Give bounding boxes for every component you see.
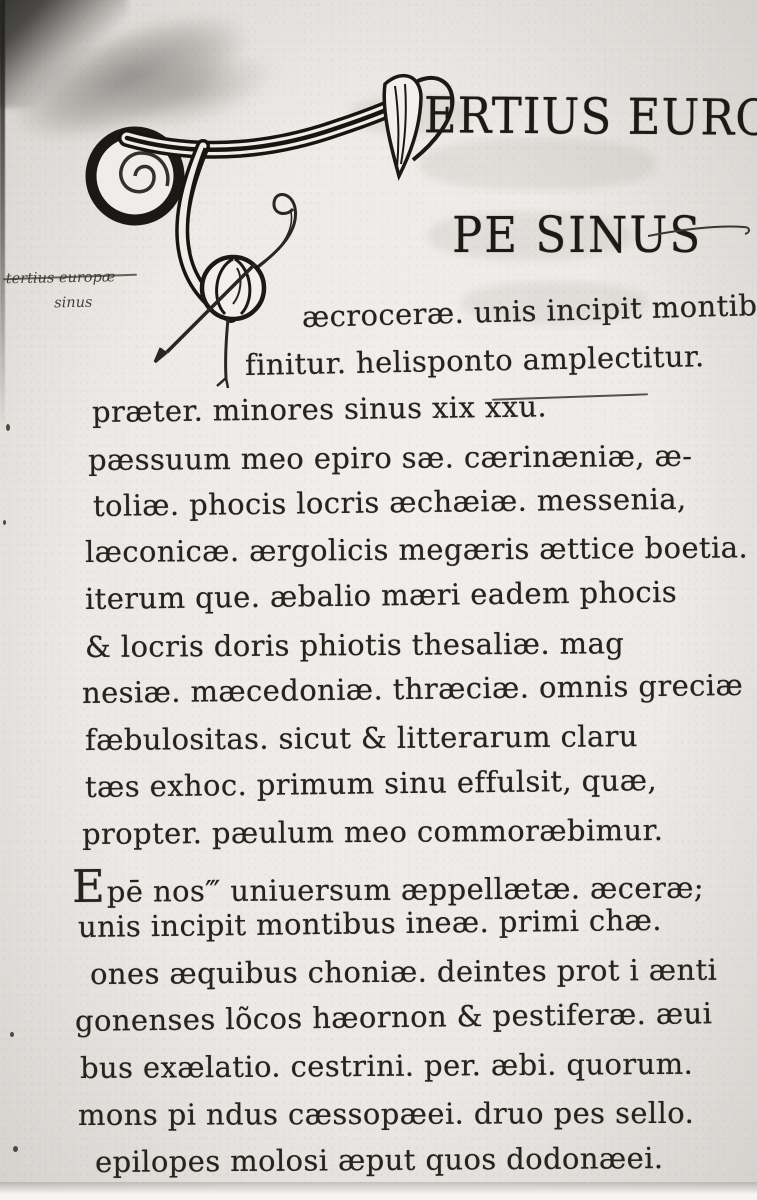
photo-bottom-edge bbox=[0, 1182, 757, 1200]
manuscript-line: unis incipit montibus ineæ. primi chæ. bbox=[78, 903, 662, 944]
manuscript-line: gonenses lõcos hæornon & pestiferæ. æui bbox=[75, 996, 713, 1038]
manuscript-line: mons pi ndus cæssopæei. druo pes sello. bbox=[78, 1096, 694, 1132]
heading-flourish bbox=[648, 222, 753, 242]
margin-note-line: sinus bbox=[54, 289, 146, 315]
speck bbox=[10, 1032, 14, 1037]
manuscript-line: fæbulositas. sicut & litterarum claru bbox=[85, 719, 638, 757]
manuscript-line: tæs exhoc. primum sinu effulsit, quæ, bbox=[85, 763, 657, 804]
manuscript-page: ERTIUS EURO PE SINUS tertius europæ sinu… bbox=[0, 0, 757, 1200]
photo-edge bbox=[0, 0, 5, 430]
manuscript-line: nesiæ. mæcedoniæ. thræciæ. omnis greciæ bbox=[82, 668, 744, 710]
manuscript-line: & locris doris phiotis thesaliæ. mag bbox=[85, 626, 624, 664]
heading-line-1: ERTIUS EURO bbox=[424, 86, 757, 147]
manuscript-line: pæssuum meo epiro sæ. cærinæniæ, æ- bbox=[88, 439, 693, 477]
manuscript-line: ones æquibus choniæ. deintes prot i ænti bbox=[90, 953, 717, 991]
speck bbox=[6, 424, 10, 431]
manuscript-line: læconicæ. ærgolicis megæris ættice boeti… bbox=[85, 530, 748, 569]
manuscript-line: toliæ. phocis locris æchæiæ. messenia, bbox=[93, 482, 687, 523]
margin-note: tertius europæ sinus bbox=[6, 265, 147, 317]
manuscript-line: epilopes molosi æput quos dodonæei. bbox=[95, 1141, 664, 1179]
manuscript-line: iterum que. æbalio mæri eadem phocis bbox=[85, 575, 677, 616]
speck bbox=[3, 520, 6, 525]
manuscript-line: præter. minores sinus xix xxu. bbox=[92, 389, 547, 429]
manuscript-line: bus exælatio. cestrini. per. æbi. quorum… bbox=[80, 1047, 693, 1085]
speck bbox=[13, 1146, 18, 1152]
manuscript-line: propter. pæulum meo commoræbimur. bbox=[82, 813, 664, 851]
